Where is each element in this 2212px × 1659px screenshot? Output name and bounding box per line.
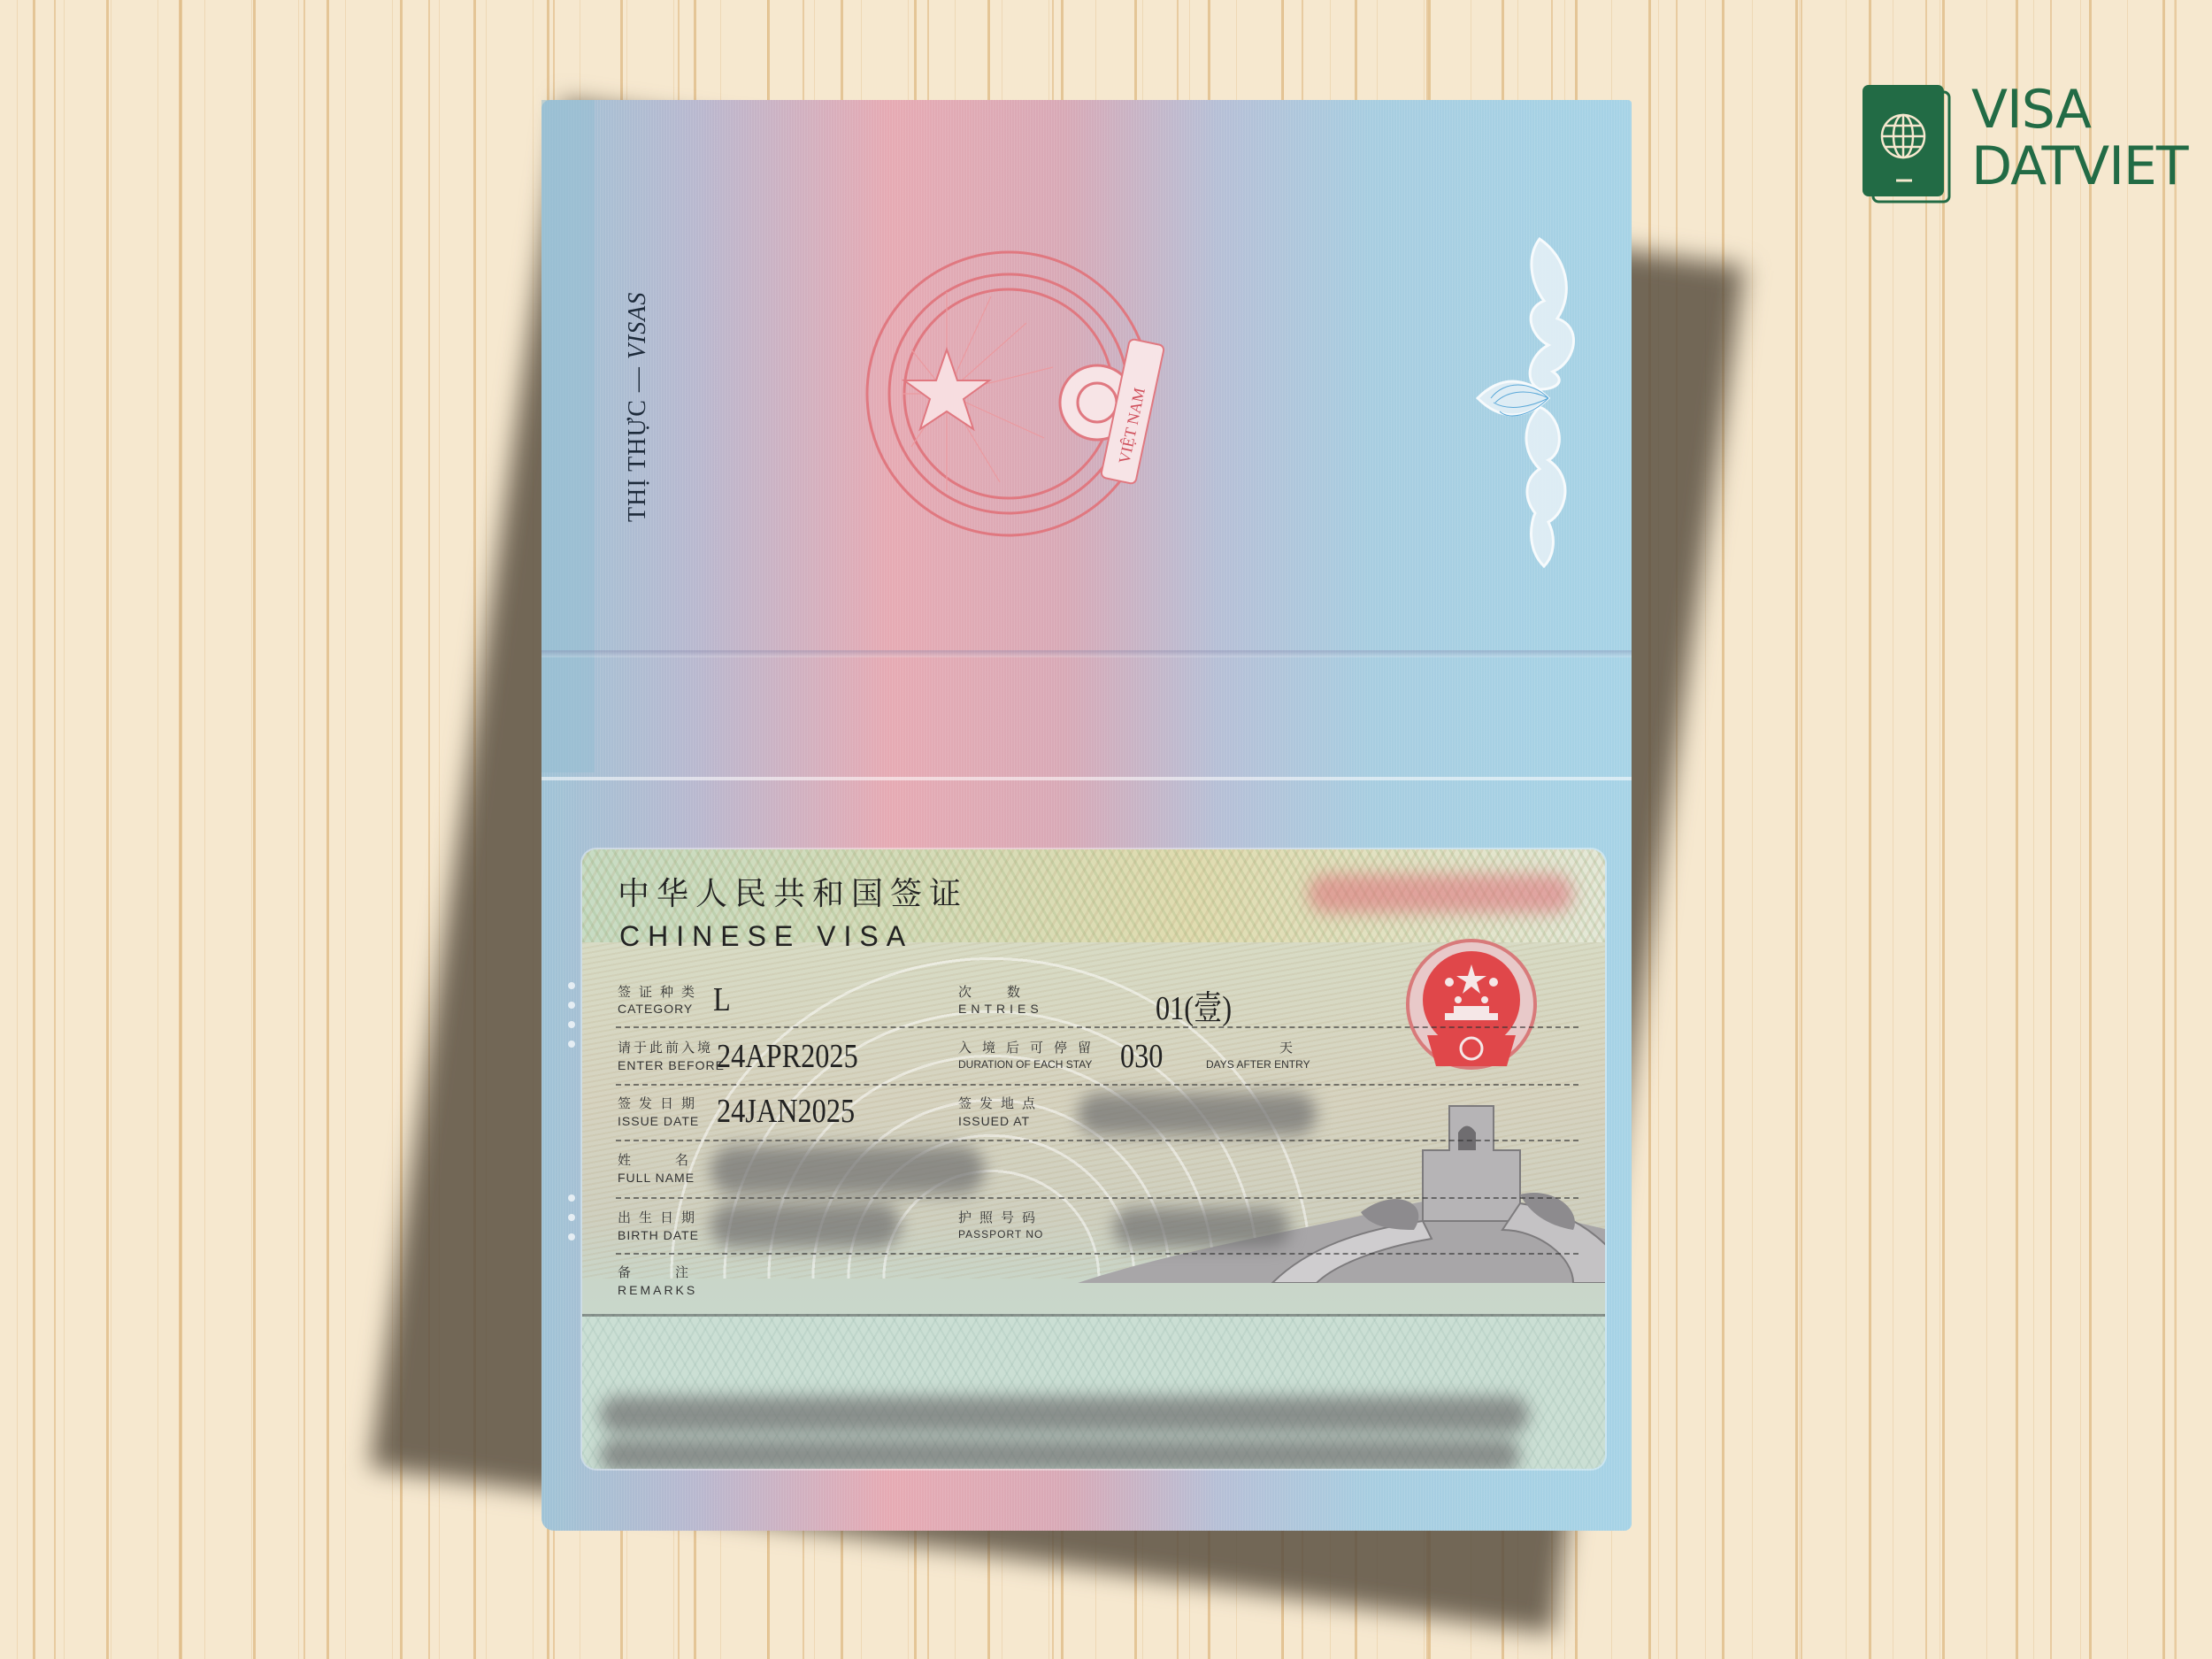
field-divider: [616, 1084, 1578, 1086]
page-title-en: VISAS: [624, 292, 651, 360]
passport-page-edge: [541, 100, 595, 772]
visa-title-en: CHINESE VISA: [619, 920, 913, 953]
category-value: L: [713, 980, 731, 1019]
issue-date-label-cn: 签发日期: [618, 1094, 703, 1112]
field-divider: [616, 1026, 1578, 1028]
perforation-holes: [568, 982, 577, 1060]
redacted-mrz-line-2: [600, 1439, 1520, 1469]
issue-date-value: 24JAN2025: [717, 1092, 855, 1131]
passport-globe-icon: [1863, 81, 1955, 205]
enter-before-label-cn: 请于此前入境: [618, 1038, 713, 1056]
full-name-label: Full Name: [618, 1171, 695, 1185]
perforation-holes: [568, 1194, 577, 1253]
category-label: Category: [618, 1002, 693, 1016]
duration-unit-cn: 天: [1279, 1038, 1301, 1056]
duration-unit: Days After Entry: [1206, 1058, 1310, 1071]
duration-label-cn: 入境后可停留: [958, 1038, 1102, 1056]
category-label-cn: 签证种类: [618, 982, 703, 1001]
page-title-separator: —: [624, 359, 651, 399]
china-emblem-icon: [1396, 933, 1547, 1084]
redacted-birth-date: [710, 1203, 901, 1248]
visa-datviet-logo: VISA DATVIET: [1863, 81, 2199, 214]
issue-date-label: Issue Date: [618, 1114, 699, 1128]
redacted-full-name: [710, 1146, 985, 1194]
field-divider: [616, 1140, 1578, 1141]
visa-title-cn: 中华人民共和国签证: [618, 869, 968, 914]
redacted-passport-no: [1113, 1208, 1290, 1248]
field-divider: [616, 1197, 1578, 1199]
redacted-visa-number: [1308, 874, 1573, 913]
lotus-ornament-icon: [1469, 221, 1601, 575]
entries-label: Entries: [958, 1002, 1043, 1016]
chinese-visa-sticker: 中华人民共和国签证 CHINESE VISA 签证种类 Category L 次…: [582, 849, 1605, 1469]
remarks-label-cn: 备注: [618, 1263, 733, 1281]
logo-wordmark: VISA DATVIET: [1971, 81, 2187, 195]
vietnam-emblem-icon: VIỆT NAM: [849, 226, 1186, 562]
duration-value: 030: [1120, 1037, 1163, 1076]
logo-line-1: VISA: [1971, 81, 2187, 138]
page-title-vi: THỊ THỰC: [624, 399, 651, 522]
enter-before-label: Enter Before: [618, 1058, 725, 1072]
entries-value: 01(壹): [1156, 980, 1232, 1029]
passport-gutter: [541, 650, 1632, 657]
page-title: THỊ THỰC — VISAS: [624, 292, 652, 522]
remarks-label: Remarks: [618, 1283, 697, 1297]
enter-before-value: 24APR2025: [717, 1037, 858, 1076]
page-fold: [541, 777, 1632, 780]
birth-date-label-cn: 出生日期: [618, 1208, 703, 1226]
redacted-mrz-line-1: [600, 1396, 1529, 1433]
machine-readable-zone: [582, 1314, 1605, 1469]
birth-date-label: Birth Date: [618, 1228, 699, 1242]
logo-line-2: DATVIET: [1971, 138, 2187, 195]
issued-at-label-cn: 签发地点: [958, 1094, 1043, 1112]
issued-at-label: Issued At: [958, 1114, 1030, 1128]
entries-label-cn: 次数: [958, 982, 1056, 1001]
passport-no-label: Passport No: [958, 1228, 1043, 1240]
passport-no-label-cn: 护照号码: [958, 1208, 1043, 1226]
redacted-issued-at: [1078, 1093, 1317, 1135]
duration-label: Duration of Each Stay: [958, 1058, 1092, 1071]
field-divider: [616, 1253, 1578, 1255]
